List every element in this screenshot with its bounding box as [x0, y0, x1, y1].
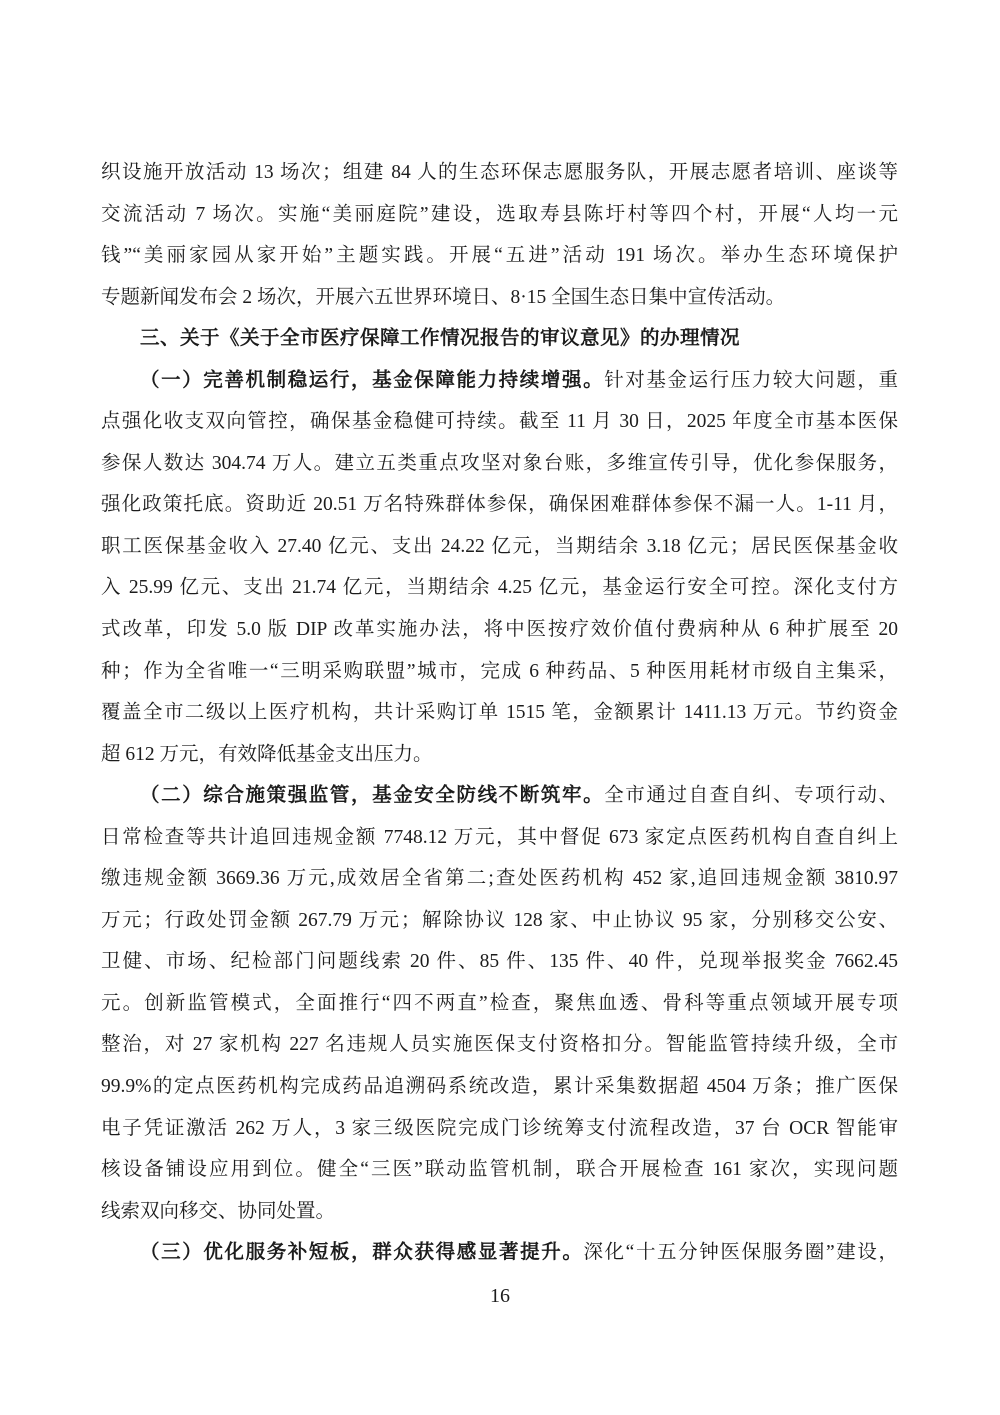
- text-line: 万元；行政处罚金额 267.79 万元；解除协议 128 家、中止协议 95 家…: [101, 900, 898, 942]
- body-text: 万元；行政处罚金额 267.79 万元；解除协议 128 家、中止协议 95 家…: [101, 910, 898, 931]
- text-line: 入 25.99 亿元、支出 21.74 亿元，当期结余 4.25 亿元，基金运行…: [101, 567, 898, 609]
- text-line: 缴违规金额 3669.36 万元,成效居全省第二;查处医药机构 452 家,追回…: [101, 858, 898, 900]
- text-line: 专题新闻发布会 2 场次，开展六五世界环境日、8·15 全国生态日集中宣传活动。: [101, 277, 898, 319]
- body-text: 钱”“美丽家园从家开始”主题实践。开展“五进”活动 191 场次。举办生态环境保…: [101, 245, 898, 266]
- text-line: 参保人数达 304.74 万人。建立五类重点攻坚对象台账，多维宣传引导，优化参保…: [101, 443, 898, 485]
- body-text: 入 25.99 亿元、支出 21.74 亿元，当期结余 4.25 亿元，基金运行…: [101, 577, 898, 598]
- bold-lead-text: （三）优化服务补短板，群众获得感显著提升。: [140, 1242, 583, 1263]
- subsection-lead-line: （二）综合施策强监管，基金安全防线不断筑牢。全市通过自查自纠、专项行动、: [101, 775, 898, 817]
- body-text: 种；作为全省唯一“三明采购联盟”城市，完成 6 种药品、5 种医用耗材市级自主集…: [101, 661, 898, 682]
- body-text: 全市通过自查自纠、专项行动、: [604, 785, 898, 806]
- body-text: 核设备铺设应用到位。健全“三医”联动监管机制，联合开展检查 161 家次，实现问…: [101, 1159, 898, 1180]
- text-line: 日常检查等共计追回违规金额 7748.12 万元，其中督促 673 家定点医药机…: [101, 817, 898, 859]
- body-text: 交流活动 7 场次。实施“美丽庭院”建设，选取寿县陈圩村等四个村，开展“人均一元: [101, 204, 898, 225]
- body-text: 整治，对 27 家机构 227 名违规人员实施医保支付资格扣分。智能监管持续升级…: [101, 1034, 898, 1055]
- text-line: 卫健、市场、纪检部门问题线索 20 件、85 件、135 件、40 件，兑现举报…: [101, 941, 898, 983]
- subsection-lead-line: （三）优化服务补短板，群众获得感显著提升。深化“十五分钟医保服务圈”建设，: [101, 1232, 898, 1274]
- body-text: 职工医保基金收入 27.40 亿元、支出 24.22 亿元，当期结余 3.18 …: [101, 536, 898, 557]
- document-page: 织设施开放活动 13 场次；组建 84 人的生态环保志愿服务队，开展志愿者培训、…: [0, 0, 1000, 1415]
- body-text: 线索双向移交、协同处置。: [101, 1201, 335, 1222]
- body-text: 元。创新监管模式，全面推行“四不两直”检查，聚焦血透、骨科等重点领域开展专项: [101, 993, 898, 1014]
- text-line: 覆盖全市二级以上医疗机构，共计采购订单 1515 笔，金额累计 1411.13 …: [101, 692, 898, 734]
- text-line: 99.9%的定点医药机构完成药品追溯码系统改造，累计采集数据超 4504 万条；…: [101, 1066, 898, 1108]
- body-text: 织设施开放活动 13 场次；组建 84 人的生态环保志愿服务队，开展志愿者培训、…: [101, 162, 898, 183]
- page-number: 16: [0, 1282, 1000, 1310]
- text-line: 电子凭证激活 262 万人，3 家三级医院完成门诊统筹支付流程改造，37 台 O…: [101, 1108, 898, 1150]
- text-line: 职工医保基金收入 27.40 亿元、支出 24.22 亿元，当期结余 3.18 …: [101, 526, 898, 568]
- text-line: 织设施开放活动 13 场次；组建 84 人的生态环保志愿服务队，开展志愿者培训、…: [101, 152, 898, 194]
- body-text: 超 612 万元，有效降低基金支出压力。: [101, 744, 433, 765]
- text-line: 强化政策托底。资助近 20.51 万名特殊群体参保，确保困难群体参保不漏一人。1…: [101, 484, 898, 526]
- text-line: 交流活动 7 场次。实施“美丽庭院”建设，选取寿县陈圩村等四个村，开展“人均一元: [101, 194, 898, 236]
- body-text: 卫健、市场、纪检部门问题线索 20 件、85 件、135 件、40 件，兑现举报…: [101, 951, 898, 972]
- body-text: 缴违规金额 3669.36 万元,成效居全省第二;查处医药机构 452 家,追回…: [101, 868, 898, 889]
- text-line: 钱”“美丽家园从家开始”主题实践。开展“五进”活动 191 场次。举办生态环境保…: [101, 235, 898, 277]
- body-text: 式改革，印发 5.0 版 DIP 改革实施办法，将中医按疗效价值付费病种从 6 …: [101, 619, 898, 640]
- body-text: 强化政策托底。资助近 20.51 万名特殊群体参保，确保困难群体参保不漏一人。1…: [101, 494, 898, 515]
- text-line: 种；作为全省唯一“三明采购联盟”城市，完成 6 种药品、5 种医用耗材市级自主集…: [101, 651, 898, 693]
- body-text: 专题新闻发布会 2 场次，开展六五世界环境日、8·15 全国生态日集中宣传活动。: [101, 287, 785, 308]
- body-text: 点强化收支双向管控，确保基金稳健可持续。截至 11 月 30 日，2025 年度…: [101, 411, 898, 432]
- text-line: 元。创新监管模式，全面推行“四不两直”检查，聚焦血透、骨科等重点领域开展专项: [101, 983, 898, 1025]
- bold-lead-text: （二）综合施策强监管，基金安全防线不断筑牢。: [140, 785, 604, 806]
- subsection-lead-line: （一）完善机制稳运行，基金保障能力持续增强。针对基金运行压力较大问题，重: [101, 360, 898, 402]
- text-line: 整治，对 27 家机构 227 名违规人员实施医保支付资格扣分。智能监管持续升级…: [101, 1024, 898, 1066]
- body-text: 参保人数达 304.74 万人。建立五类重点攻坚对象台账，多维宣传引导，优化参保…: [101, 453, 898, 474]
- text-block: 织设施开放活动 13 场次；组建 84 人的生态环保志愿服务队，开展志愿者培训、…: [101, 152, 898, 1274]
- section-heading: 三、关于《关于全市医疗保障工作情况报告的审议意见》的办理情况: [101, 318, 898, 360]
- body-text: 99.9%的定点医药机构完成药品追溯码系统改造，累计采集数据超 4504 万条；…: [101, 1076, 898, 1097]
- body-text: 电子凭证激活 262 万人，3 家三级医院完成门诊统筹支付流程改造，37 台 O…: [101, 1118, 898, 1139]
- bold-lead-text: 三、关于《关于全市医疗保障工作情况报告的审议意见》的办理情况: [140, 328, 740, 349]
- text-line: 线索双向移交、协同处置。: [101, 1191, 898, 1233]
- bold-lead-text: （一）完善机制稳运行，基金保障能力持续增强。: [140, 370, 604, 391]
- text-line: 点强化收支双向管控，确保基金稳健可持续。截至 11 月 30 日，2025 年度…: [101, 401, 898, 443]
- text-line: 超 612 万元，有效降低基金支出压力。: [101, 734, 898, 776]
- text-line: 式改革，印发 5.0 版 DIP 改革实施办法，将中医按疗效价值付费病种从 6 …: [101, 609, 898, 651]
- body-text: 针对基金运行压力较大问题，重: [604, 370, 898, 391]
- body-text: 深化“十五分钟医保服务圈”建设，: [583, 1242, 898, 1263]
- body-text: 日常检查等共计追回违规金额 7748.12 万元，其中督促 673 家定点医药机…: [101, 827, 898, 848]
- text-line: 核设备铺设应用到位。健全“三医”联动监管机制，联合开展检查 161 家次，实现问…: [101, 1149, 898, 1191]
- body-text: 覆盖全市二级以上医疗机构，共计采购订单 1515 笔，金额累计 1411.13 …: [101, 702, 898, 723]
